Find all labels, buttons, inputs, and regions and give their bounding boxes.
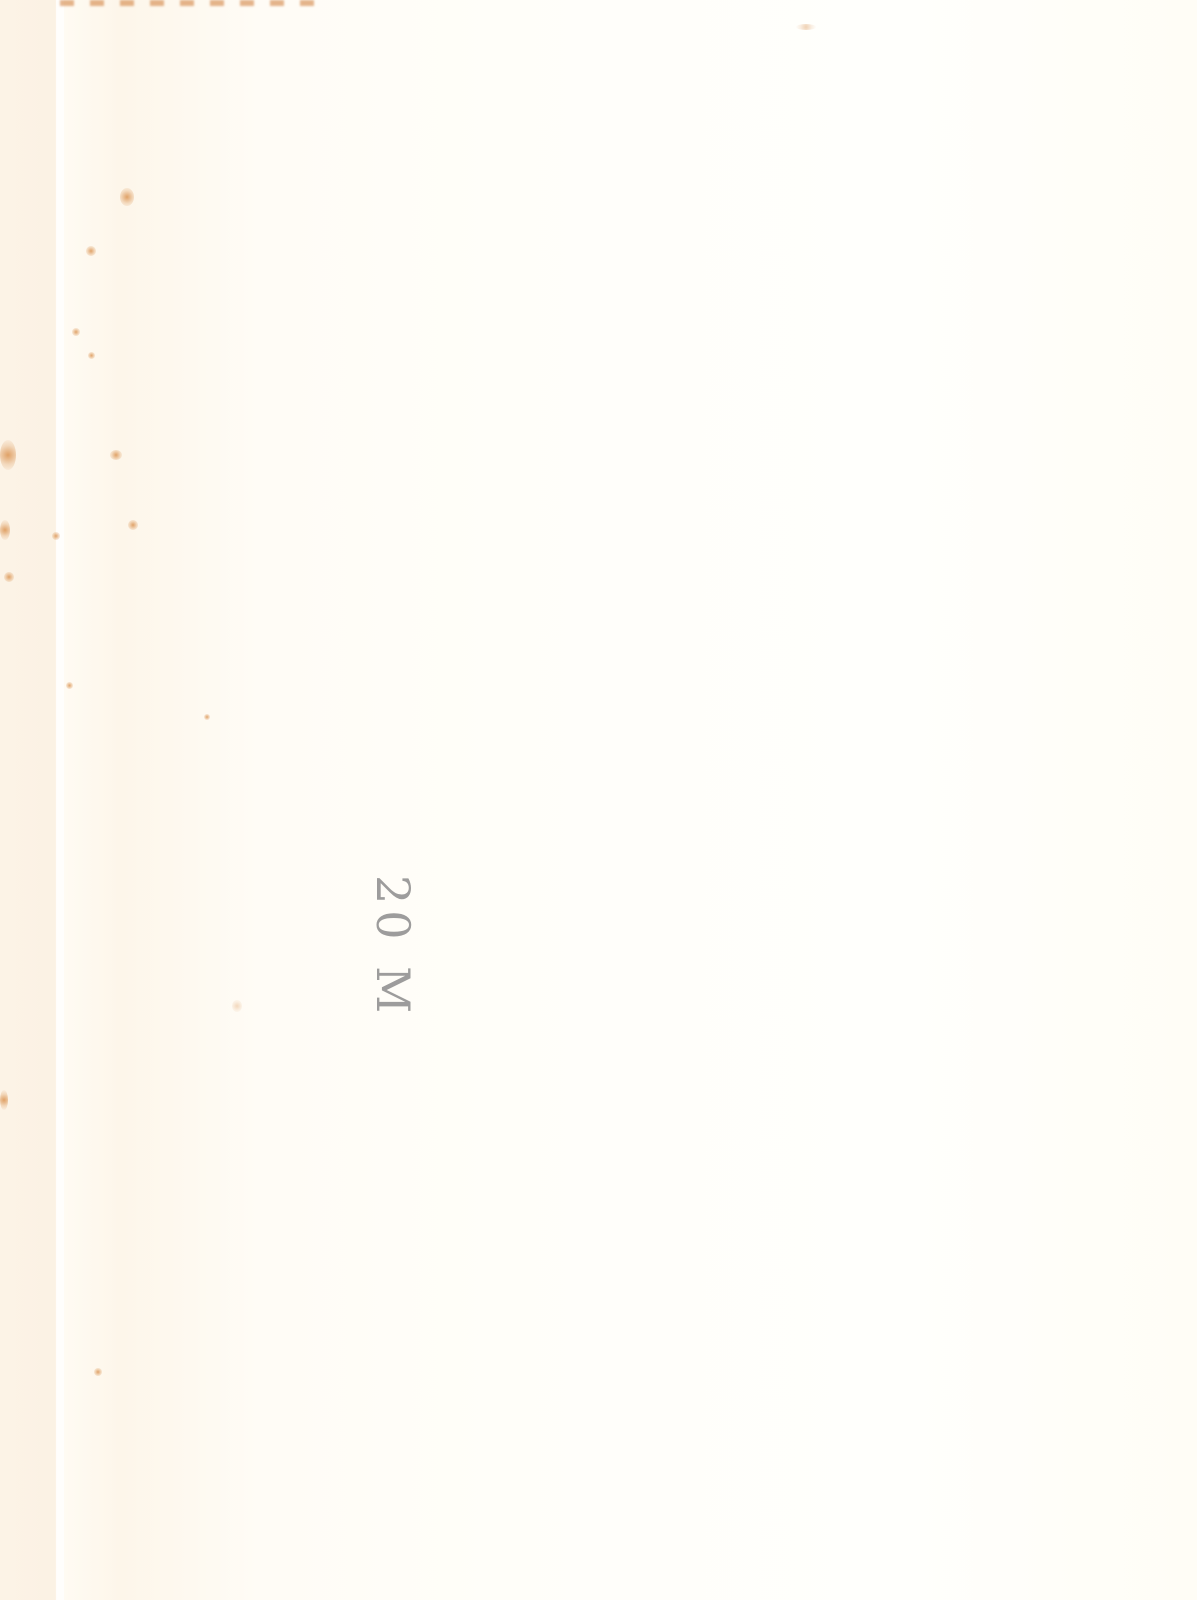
foxing-spot — [52, 532, 60, 540]
foxing-spot — [66, 682, 73, 689]
foxing-spot — [4, 572, 14, 582]
foxing-spot — [0, 1090, 8, 1110]
foxing-spot — [796, 24, 816, 30]
foxing-spot — [232, 1000, 242, 1012]
top-edge-foxing — [60, 0, 320, 6]
foxing-spot — [110, 450, 122, 460]
foxing-spot — [0, 440, 16, 470]
foxing-spot — [72, 328, 80, 336]
foxing-spot — [204, 714, 210, 720]
foxing-spot — [0, 520, 10, 540]
foxing-spot — [88, 352, 95, 359]
foxing-spot — [128, 520, 138, 530]
page-gutter-fold — [56, 0, 64, 1600]
foxing-spot — [120, 188, 134, 206]
handwritten-pencil-note: 20 M — [366, 875, 420, 1019]
scanned-page: 20 M — [0, 0, 1197, 1600]
foxing-spot — [86, 246, 96, 256]
foxing-spot — [94, 1368, 102, 1376]
